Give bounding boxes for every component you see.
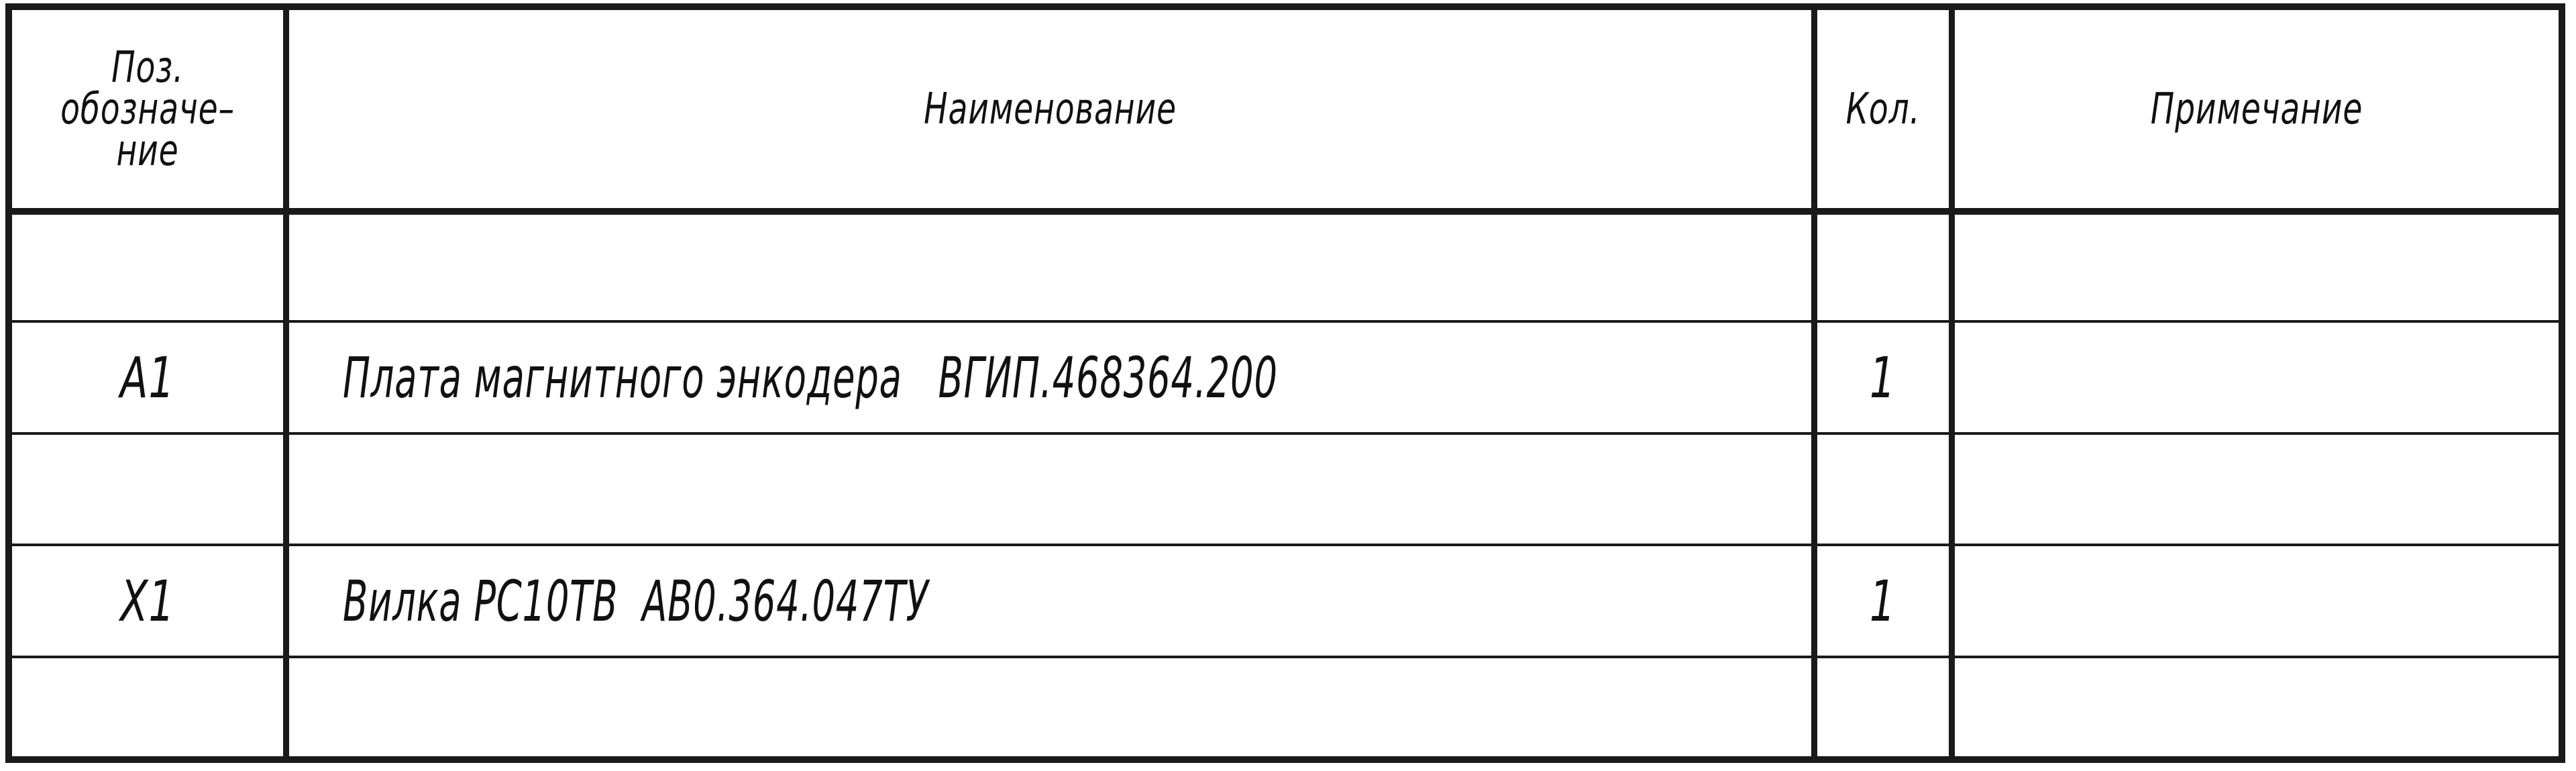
header-note-label: Примечание (2151, 89, 2363, 130)
header-quantity-label: Кол. (1846, 89, 1921, 130)
header-position-line-1: Поз. (111, 47, 184, 89)
cell-quantity (1817, 215, 1949, 320)
position-value: A1 (120, 345, 174, 411)
header-position-designation: Поз. обозначе– ние (36, 10, 258, 208)
quantity-value: 1 (1870, 568, 1896, 634)
header-quantity: Кол. (1829, 10, 1937, 208)
cell-quantity (1817, 435, 1949, 544)
name-value: Вилка РС10ТВ АВ0.364.047ТУ (343, 568, 928, 634)
header-name-label: Наименование (924, 89, 1177, 130)
cell-note (1955, 546, 2559, 656)
name-value: Плата магнитного энкодера ВГИП.468364.20… (343, 345, 1278, 411)
cell-name (289, 658, 1811, 756)
cell-note (1955, 435, 2559, 544)
cell-quantity (1817, 658, 1949, 756)
cell-quantity: 1 (1817, 323, 1949, 432)
table-row (12, 435, 2559, 544)
cell-note (1955, 323, 2559, 432)
position-value: X1 (120, 568, 174, 634)
quantity-value: 1 (1870, 345, 1896, 411)
table-row (12, 215, 2559, 320)
header-name: Наименование (426, 10, 1674, 208)
cell-quantity: 1 (1817, 546, 1949, 656)
cell-position: X1 (12, 546, 283, 656)
cell-name: Плата магнитного энкодера ВГИП.468364.20… (289, 323, 1811, 432)
header-divider (12, 208, 2559, 215)
table-row: X1 Вилка РС10ТВ АВ0.364.047ТУ 1 (12, 546, 2559, 656)
element-list-table: Поз. обозначе– ние Наименование Кол. При… (5, 3, 2565, 763)
cell-note (1955, 658, 2559, 756)
header-note: Примечание (2009, 10, 2504, 208)
cell-name (289, 215, 1811, 320)
header-position-line-3: ние (116, 130, 178, 172)
cell-position (12, 435, 283, 544)
cell-name: Вилка РС10ТВ АВ0.364.047ТУ (289, 546, 1811, 656)
cell-note (1955, 215, 2559, 320)
cell-position: A1 (12, 323, 283, 432)
table-row (12, 658, 2559, 756)
cell-name (289, 435, 1811, 544)
cell-position (12, 215, 283, 320)
table-row: A1 Плата магнитного энкодера ВГИП.468364… (12, 323, 2559, 432)
cell-position (12, 658, 283, 756)
header-position-line-2: обозначе– (60, 89, 235, 130)
